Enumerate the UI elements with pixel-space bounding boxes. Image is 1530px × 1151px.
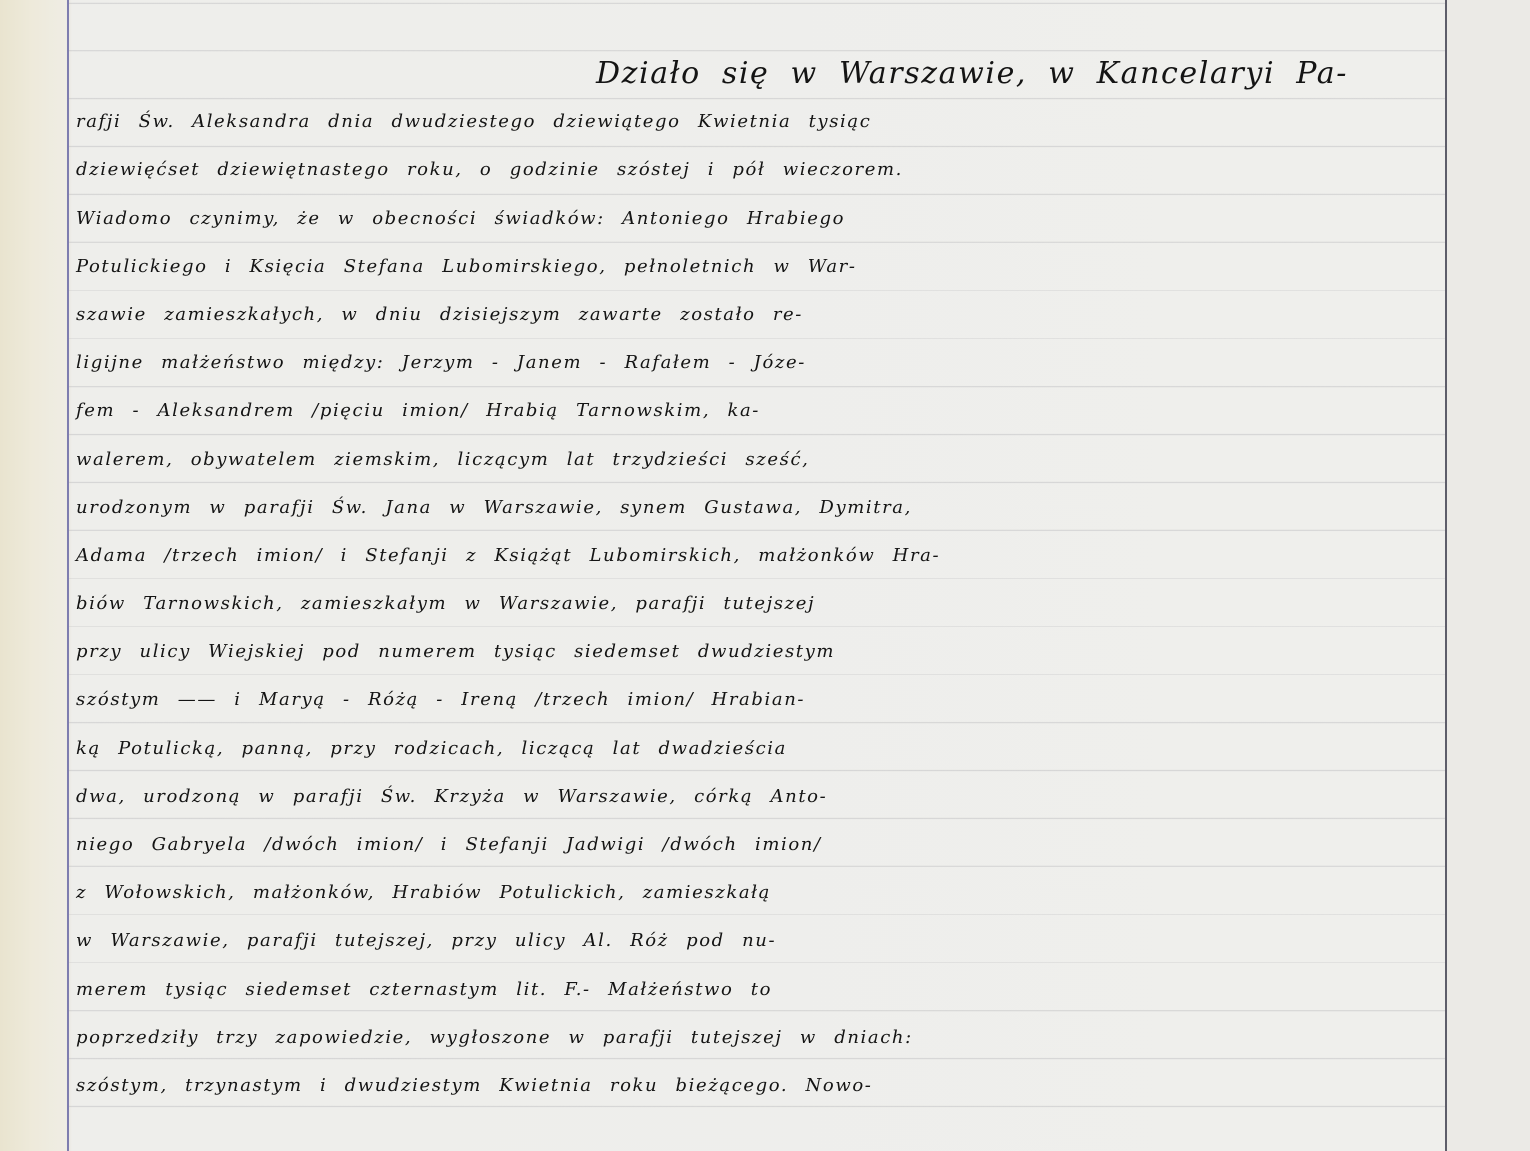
text-line: urodzonym w parafji Św. Jana w Warszawie… [76,484,1446,532]
text-line: Działo się w Warszawie, w Kancelaryi Pa- [76,50,1446,98]
right-gutter [1447,0,1530,1151]
text-line: biów Tarnowskich, zamieszkałym w Warszaw… [76,580,1446,628]
text-line: szawie zamieszkałych, w dniu dzisiejszym… [76,291,1446,339]
text-line: ligijne małżeństwo między: Jerzym - Jane… [76,339,1446,387]
text-line: Wiadomo czynimy, że w obecności świadków… [76,195,1446,243]
text-line: szóstym —— i Maryą - Różą - Ireną /trzec… [76,676,1446,724]
text-line: dziewięćset dziewiętnastego roku, o godz… [76,146,1446,194]
text-line: Adama /trzech imion/ i Stefanji z Książą… [76,532,1446,580]
text-line: przy ulicy Wiejskiej pod numerem tysiąc … [76,628,1446,676]
text-line: dwa, urodzoną w parafji Św. Krzyża w War… [76,773,1446,821]
text-line: z Wołowskich, małżonków, Hrabiów Potulic… [76,869,1446,917]
left-gutter [0,0,66,1151]
text-line: fem - Aleksandrem /pięciu imion/ Hrabią … [76,387,1446,435]
text-line: merem tysiąc siedemset czternastym lit. … [76,966,1446,1014]
text-line: ką Potulicką, panną, przy rodzicach, lic… [76,725,1446,773]
text-line: rafji Św. Aleksandra dnia dwudziestego d… [76,98,1446,146]
document-page: Działo się w Warszawie, w Kancelaryi Pa-… [0,0,1530,1151]
text-line: niego Gabryela /dwóch imion/ i Stefanji … [76,821,1446,869]
text-line: poprzedziły trzy zapowiedzie, wygłoszone… [76,1014,1446,1062]
handwritten-record-text: Działo się w Warszawie, w Kancelaryi Pa-… [76,50,1446,1110]
text-line: Potulickiego i Księcia Stefana Lubomirsk… [76,243,1446,291]
text-line: w Warszawie, parafji tutejszej, przy uli… [76,917,1446,965]
text-line: walerem, obywatelem ziemskim, liczącym l… [76,436,1446,484]
left-margin-rule [67,0,69,1151]
text-line: szóstym, trzynastym i dwudziestym Kwietn… [76,1062,1446,1110]
